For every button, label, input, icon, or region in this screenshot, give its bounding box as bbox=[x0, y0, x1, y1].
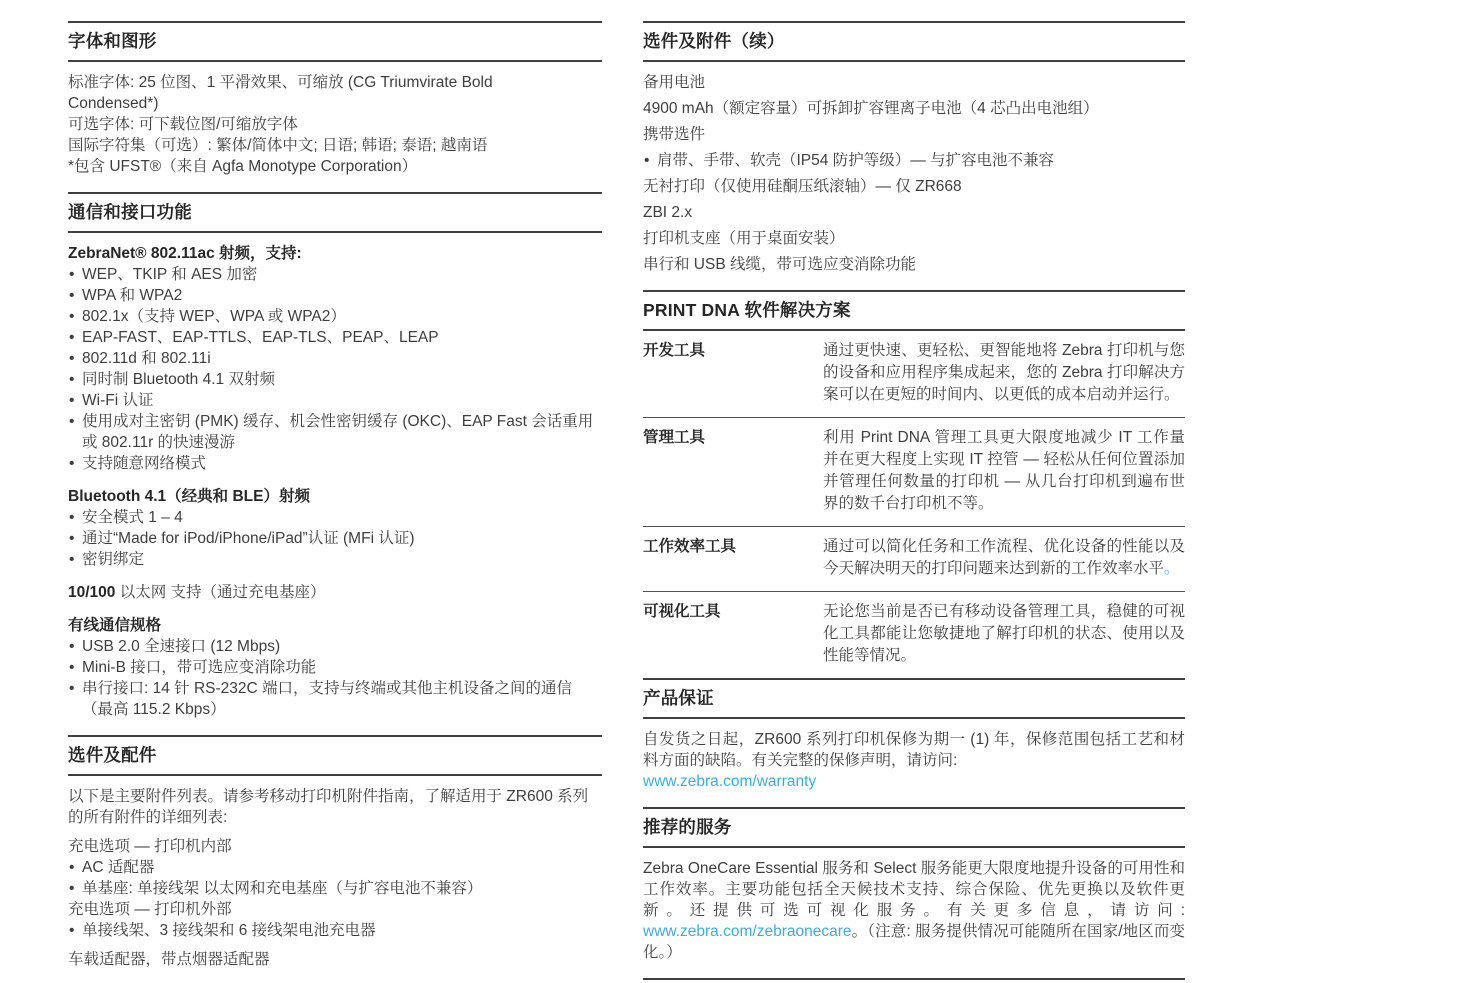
warranty-link-line: www.zebra.com/warranty bbox=[643, 771, 1185, 792]
bluetooth-feature-list: 安全模式 1 – 4 通过“Made for iPod/iPhone/iPad”… bbox=[68, 507, 602, 570]
print-dna-table: 开发工具 通过更快速、更轻松、更智能地将 Zebra 打印机与您的设备和应用程序… bbox=[643, 331, 1185, 678]
list-item: 单接线架、3 接线架和 6 接线架电池充电器 bbox=[68, 920, 602, 941]
table-row: 工作效率工具 通过可以简化任务和工作流程、优化设备的性能以及今天解决明天的打印问… bbox=[643, 526, 1185, 591]
datasheet-page: 字体和图形 标准字体: 25 位图、1 平滑效果、可缩放 (CG Triumvi… bbox=[0, 0, 1459, 983]
wifi-radio-subhead: ZebraNet® 802.11ac 射频，支持: bbox=[68, 243, 602, 264]
accessory-item: 串行和 USB 线缆，带可选应变消除功能 bbox=[643, 254, 1185, 275]
wifi-feature-list: WEP、TKIP 和 AES 加密 WPA 和 WPA2 802.1x（支持 W… bbox=[68, 264, 602, 474]
section-accessories-continued: 选件及附件（续） 备用电池 4900 mAh（额定容量）可拆卸扩容锂离子电池（4… bbox=[643, 21, 1185, 290]
row-label: 可视化工具 bbox=[643, 601, 823, 667]
row-description: 通过更快速、更轻松、更智能地将 Zebra 打印机与您的设备和应用程序集成起来，… bbox=[823, 340, 1185, 406]
spec-line: 标准字体: 25 位图、1 平滑效果、可缩放 (CG Triumvirate B… bbox=[68, 72, 602, 93]
list-item: 通过“Made for iPod/iPhone/iPad”认证 (MFi 认证) bbox=[68, 528, 602, 549]
accessory-item: 无衬打印（仅使用硅酮压纸滚轴）— 仅 ZR668 bbox=[643, 176, 1185, 197]
spec-line: 可选字体: 可下载位图/可缩放字体 bbox=[68, 114, 602, 135]
section-title-accessories-continued: 选件及附件（续） bbox=[643, 23, 1185, 62]
list-item: 单基座: 单接线架 以太网和充电基座（与扩容电池不兼容） bbox=[68, 878, 602, 899]
list-item: WPA 和 WPA2 bbox=[68, 285, 602, 306]
section-recommended-services: 推荐的服务 Zebra OneCare Essential 服务和 Select… bbox=[643, 807, 1185, 980]
row-description: 利用 Print DNA 管理工具更大限度地减少 IT 工作量并在更大程度上实现… bbox=[823, 427, 1185, 515]
wired-specs-subhead: 有线通信规格 bbox=[68, 615, 602, 636]
options-accessories-content: 以下是主要附件列表。请参考移动打印机附件指南，了解适用于 ZR600 系列的所有… bbox=[68, 776, 602, 983]
section-print-dna: PRINT DNA 软件解决方案 开发工具 通过更快速、更轻松、更智能地将 Ze… bbox=[643, 290, 1185, 678]
table-row: 可视化工具 无论您当前是否已有移动设备管理工具，稳健的可视化工具都能让您敏捷地了… bbox=[643, 591, 1185, 678]
onecare-link[interactable]: www.zebra.com/zebraonecare bbox=[643, 923, 852, 940]
row-description: 通过可以简化任务和工作流程、优化设备的性能以及今天解决明天的打印问题来达到新的工… bbox=[823, 536, 1185, 580]
warranty-text: 自发货之日起，ZR600 系列打印机保修为期一 (1) 年，保修范围包括工艺和材… bbox=[643, 729, 1185, 771]
list-item: WEP、TKIP 和 AES 加密 bbox=[68, 264, 602, 285]
charge-external-list: 单接线架、3 接线架和 6 接线架电池充电器 bbox=[68, 920, 602, 941]
services-text: Zebra OneCare Essential 服务和 Select 服务能更大… bbox=[643, 858, 1185, 963]
vehicle-adapter-line: 车载适配器，带点烟器适配器 bbox=[68, 949, 602, 970]
list-item: 安全模式 1 – 4 bbox=[68, 507, 602, 528]
accessories-intro: 以下是主要附件列表。请参考移动打印机附件指南，了解适用于 ZR600 系列的所有… bbox=[68, 786, 602, 828]
list-item: Wi-Fi 认证 bbox=[68, 390, 602, 411]
left-column: 字体和图形 标准字体: 25 位图、1 平滑效果、可缩放 (CG Triumvi… bbox=[68, 21, 602, 983]
row-description: 无论您当前是否已有移动设备管理工具，稳健的可视化工具都能让您敏捷地了解打印机的状… bbox=[823, 601, 1185, 667]
wired-feature-list: USB 2.0 全速接口 (12 Mbps) Mini-B 接口，带可选应变消除… bbox=[68, 636, 602, 720]
list-item: EAP-FAST、EAP-TTLS、EAP-TLS、PEAP、LEAP bbox=[68, 327, 602, 348]
warranty-link[interactable]: www.zebra.com/warranty bbox=[643, 773, 816, 790]
recommended-services-content: Zebra OneCare Essential 服务和 Select 服务能更大… bbox=[643, 848, 1185, 978]
accessories-continued-content: 备用电池 4900 mAh（额定容量）可拆卸扩容锂离子电池（4 芯凸出电池组） … bbox=[643, 62, 1185, 290]
accessory-item: 肩带、手带、软壳（IP54 防护等级）— 与扩容电池不兼容 bbox=[643, 150, 1185, 171]
section-options-accessories: 选件及配件 以下是主要附件列表。请参考移动打印机附件指南，了解适用于 ZR600… bbox=[68, 735, 602, 983]
list-item: 使用成对主密钥 (PMK) 缓存、机会性密钥缓存 (OKC)、EAP Fast … bbox=[68, 411, 602, 453]
section-title-fonts-graphics: 字体和图形 bbox=[68, 23, 602, 62]
section-title-print-dna: PRINT DNA 软件解决方案 bbox=[643, 292, 1185, 331]
table-row: 管理工具 利用 Print DNA 管理工具更大限度地减少 IT 工作量并在更大… bbox=[643, 417, 1185, 526]
list-item: 串行接口: 14 针 RS-232C 端口，支持与终端或其他主机设备之间的通信（… bbox=[68, 678, 602, 720]
charge-internal-list: AC 适配器 单基座: 单接线架 以太网和充电基座（与扩容电池不兼容） bbox=[68, 857, 602, 899]
ethernet-support-line: 10/100 以太网 支持（通过充电基座） bbox=[68, 582, 602, 603]
list-item: 密钥绑定 bbox=[68, 549, 602, 570]
accessory-item: 打印机支座（用于桌面安装） bbox=[643, 228, 1185, 249]
list-item: USB 2.0 全速接口 (12 Mbps) bbox=[68, 636, 602, 657]
section-title-warranty: 产品保证 bbox=[643, 680, 1185, 719]
accessory-item: 携带选件 bbox=[643, 124, 1185, 145]
row-label: 工作效率工具 bbox=[643, 536, 823, 580]
row-label: 管理工具 bbox=[643, 427, 823, 515]
row-label: 开发工具 bbox=[643, 340, 823, 406]
spec-line: *包含 UFST®（来自 Agfa Monotype Corporation） bbox=[68, 156, 602, 177]
spec-line: 国际字符集（可选）: 繁体/简体中文; 日语; 韩语; 泰语; 越南语 bbox=[68, 135, 602, 156]
section-title-recommended-services: 推荐的服务 bbox=[643, 809, 1185, 848]
section-title-communications: 通信和接口功能 bbox=[68, 194, 602, 233]
section-fonts-graphics: 字体和图形 标准字体: 25 位图、1 平滑效果、可缩放 (CG Triumvi… bbox=[68, 21, 602, 192]
list-item: 802.1x（支持 WEP、WPA 或 WPA2） bbox=[68, 306, 602, 327]
accessory-item: 备用电池 bbox=[643, 72, 1185, 93]
accessory-item: 4900 mAh（额定容量）可拆卸扩容锂离子电池（4 芯凸出电池组） bbox=[643, 98, 1185, 119]
ethernet-speed: 10/100 bbox=[68, 584, 115, 601]
table-row: 开发工具 通过更快速、更轻松、更智能地将 Zebra 打印机与您的设备和应用程序… bbox=[643, 331, 1185, 417]
section-communications: 通信和接口功能 ZebraNet® 802.11ac 射频，支持: WEP、TK… bbox=[68, 192, 602, 735]
section-title-options-accessories: 选件及配件 bbox=[68, 737, 602, 776]
list-item: AC 适配器 bbox=[68, 857, 602, 878]
list-item: 同时制 Bluetooth 4.1 双射频 bbox=[68, 369, 602, 390]
right-column: 选件及附件（续） 备用电池 4900 mAh（额定容量）可拆卸扩容锂离子电池（4… bbox=[643, 21, 1185, 980]
warranty-content: 自发货之日起，ZR600 系列打印机保修为期一 (1) 年，保修范围包括工艺和材… bbox=[643, 719, 1185, 807]
charge-external-label: 充电选项 — 打印机外部 bbox=[68, 899, 602, 920]
fonts-graphics-content: 标准字体: 25 位图、1 平滑效果、可缩放 (CG Triumvirate B… bbox=[68, 62, 602, 192]
list-item: 支持随意网络模式 bbox=[68, 453, 602, 474]
accessory-item: ZBI 2.x bbox=[643, 202, 1185, 223]
charge-internal-label: 充电选项 — 打印机内部 bbox=[68, 836, 602, 857]
list-item: Mini-B 接口，带可选应变消除功能 bbox=[68, 657, 602, 678]
blue-period: 。 bbox=[1164, 560, 1180, 577]
bluetooth-radio-subhead: Bluetooth 4.1（经典和 BLE）射频 bbox=[68, 486, 602, 507]
list-item: 802.11d 和 802.11i bbox=[68, 348, 602, 369]
spec-line: Condensed*) bbox=[68, 93, 602, 114]
communications-content: ZebraNet® 802.11ac 射频，支持: WEP、TKIP 和 AES… bbox=[68, 233, 602, 735]
section-warranty: 产品保证 自发货之日起，ZR600 系列打印机保修为期一 (1) 年，保修范围包… bbox=[643, 678, 1185, 807]
